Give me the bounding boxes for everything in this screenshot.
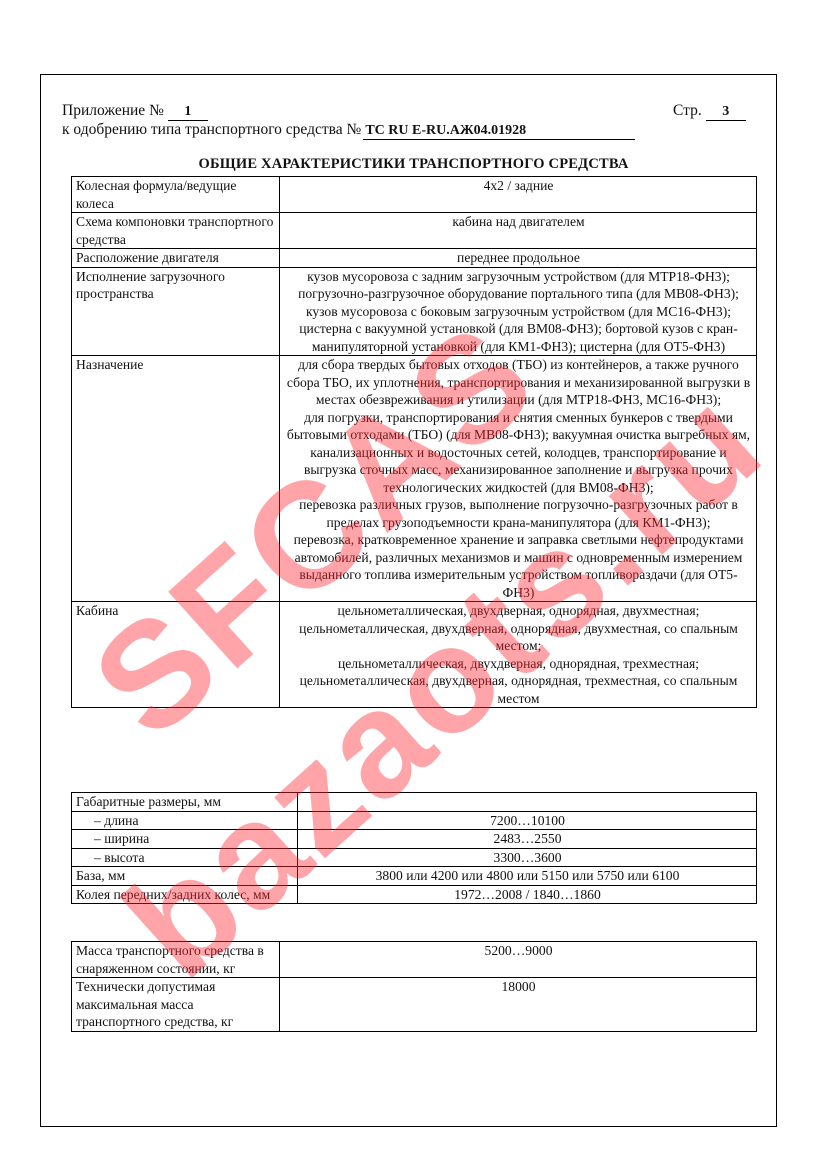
annex-line: Приложение №1 — [62, 102, 208, 121]
row-value: 1972…2008 / 1840…1860 — [298, 885, 757, 904]
row-label: Масса транспортного средства в снаряженн… — [72, 942, 280, 978]
table-row: – длина7200…10100 — [72, 811, 757, 830]
table-row: – ширина2483…2550 — [72, 830, 757, 849]
annex-number: 1 — [168, 103, 208, 121]
value-paragraph: цельнометаллическая, двухдверная, одноря… — [284, 672, 753, 707]
annex-label: Приложение № — [62, 102, 164, 119]
table-row: Технически допустимая максимальная масса… — [72, 978, 757, 1032]
value-paragraph: цельнометаллическая, двухдверная, одноря… — [284, 620, 753, 655]
table-row: Габаритные размеры, мм — [72, 793, 757, 812]
row-label: – высота — [72, 848, 298, 867]
row-value: для сбора твердых бытовых отходов (ТБО) … — [280, 356, 757, 602]
row-label: – ширина — [72, 830, 298, 849]
row-value: 4х2 / задние — [280, 177, 757, 213]
approval-number: ТС RU E-RU.АЖ04.01928 — [363, 122, 635, 140]
row-value — [298, 793, 757, 812]
value-paragraph: для погрузки, транспортирования и снятия… — [284, 409, 753, 497]
page-label: Стр. — [673, 102, 702, 119]
mass-table: Масса транспортного средства в снаряженн… — [71, 941, 757, 1032]
row-value: 7200…10100 — [298, 811, 757, 830]
row-label: Габаритные размеры, мм — [72, 793, 298, 812]
row-value: 18000 — [280, 978, 757, 1032]
row-label: Колесная формула/ведущие колеса — [72, 177, 280, 213]
value-paragraph: для сбора твердых бытовых отходов (ТБО) … — [284, 356, 753, 409]
row-value: 5200…9000 — [280, 942, 757, 978]
row-label: Исполнение загрузочного пространства — [72, 267, 280, 356]
table-row: Расположение двигателяпереднее продольно… — [72, 249, 757, 268]
value-paragraph: перевозка, кратковременное хранение и за… — [284, 531, 753, 601]
table-row: База, мм3800 или 4200 или 4800 или 5150 … — [72, 867, 757, 886]
value-paragraph: цельнометаллическая, двухдверная, одноря… — [284, 655, 753, 673]
row-value: кабина над двигателем — [280, 213, 757, 249]
table-row: Схема компоновки транспортного средствак… — [72, 213, 757, 249]
table-row: Колея передних/задних колес, мм1972…2008… — [72, 885, 757, 904]
table-row: – высота3300…3600 — [72, 848, 757, 867]
row-value: 3300…3600 — [298, 848, 757, 867]
row-label: Технически допустимая максимальная масса… — [72, 978, 280, 1032]
value-paragraph: цельнометаллическая, двухдверная, одноря… — [284, 602, 753, 620]
page-title: ОБЩИЕ ХАРАКТЕРИСТИКИ ТРАНСПОРТНОГО СРЕДС… — [0, 156, 827, 173]
table-row: Кабинацельнометаллическая, двухдверная, … — [72, 602, 757, 708]
table-row: Масса транспортного средства в снаряженн… — [72, 942, 757, 978]
row-value: переднее продольное — [280, 249, 757, 268]
row-value: 3800 или 4200 или 4800 или 5150 или 5750… — [298, 867, 757, 886]
table-row: Назначениедля сбора твердых бытовых отхо… — [72, 356, 757, 602]
general-characteristics-table: Колесная формула/ведущие колеса4х2 / зад… — [71, 176, 757, 708]
dimensions-table: Габаритные размеры, мм– длина7200…10100–… — [71, 792, 757, 904]
approval-line: к одобрению типа транспортного средства … — [62, 121, 635, 140]
row-label: Назначение — [72, 356, 280, 602]
row-label: Расположение двигателя — [72, 249, 280, 268]
row-label: База, мм — [72, 867, 298, 886]
page-number-line: Стр.3 — [673, 102, 746, 121]
value-paragraph: перевозка различных грузов, выполнение п… — [284, 496, 753, 531]
table-row: Исполнение загрузочного пространствакузо… — [72, 267, 757, 356]
table-row: Колесная формула/ведущие колеса4х2 / зад… — [72, 177, 757, 213]
row-value: цельнометаллическая, двухдверная, одноря… — [280, 602, 757, 708]
approval-label: к одобрению типа транспортного средства … — [62, 121, 361, 138]
row-value: 2483…2550 — [298, 830, 757, 849]
row-label: – длина — [72, 811, 298, 830]
row-label: Колея передних/задних колес, мм — [72, 885, 298, 904]
page-number: 3 — [706, 103, 746, 121]
row-label: Кабина — [72, 602, 280, 708]
row-value: кузов мусоровоза с задним загрузочным ус… — [280, 267, 757, 356]
row-label: Схема компоновки транспортного средства — [72, 213, 280, 249]
